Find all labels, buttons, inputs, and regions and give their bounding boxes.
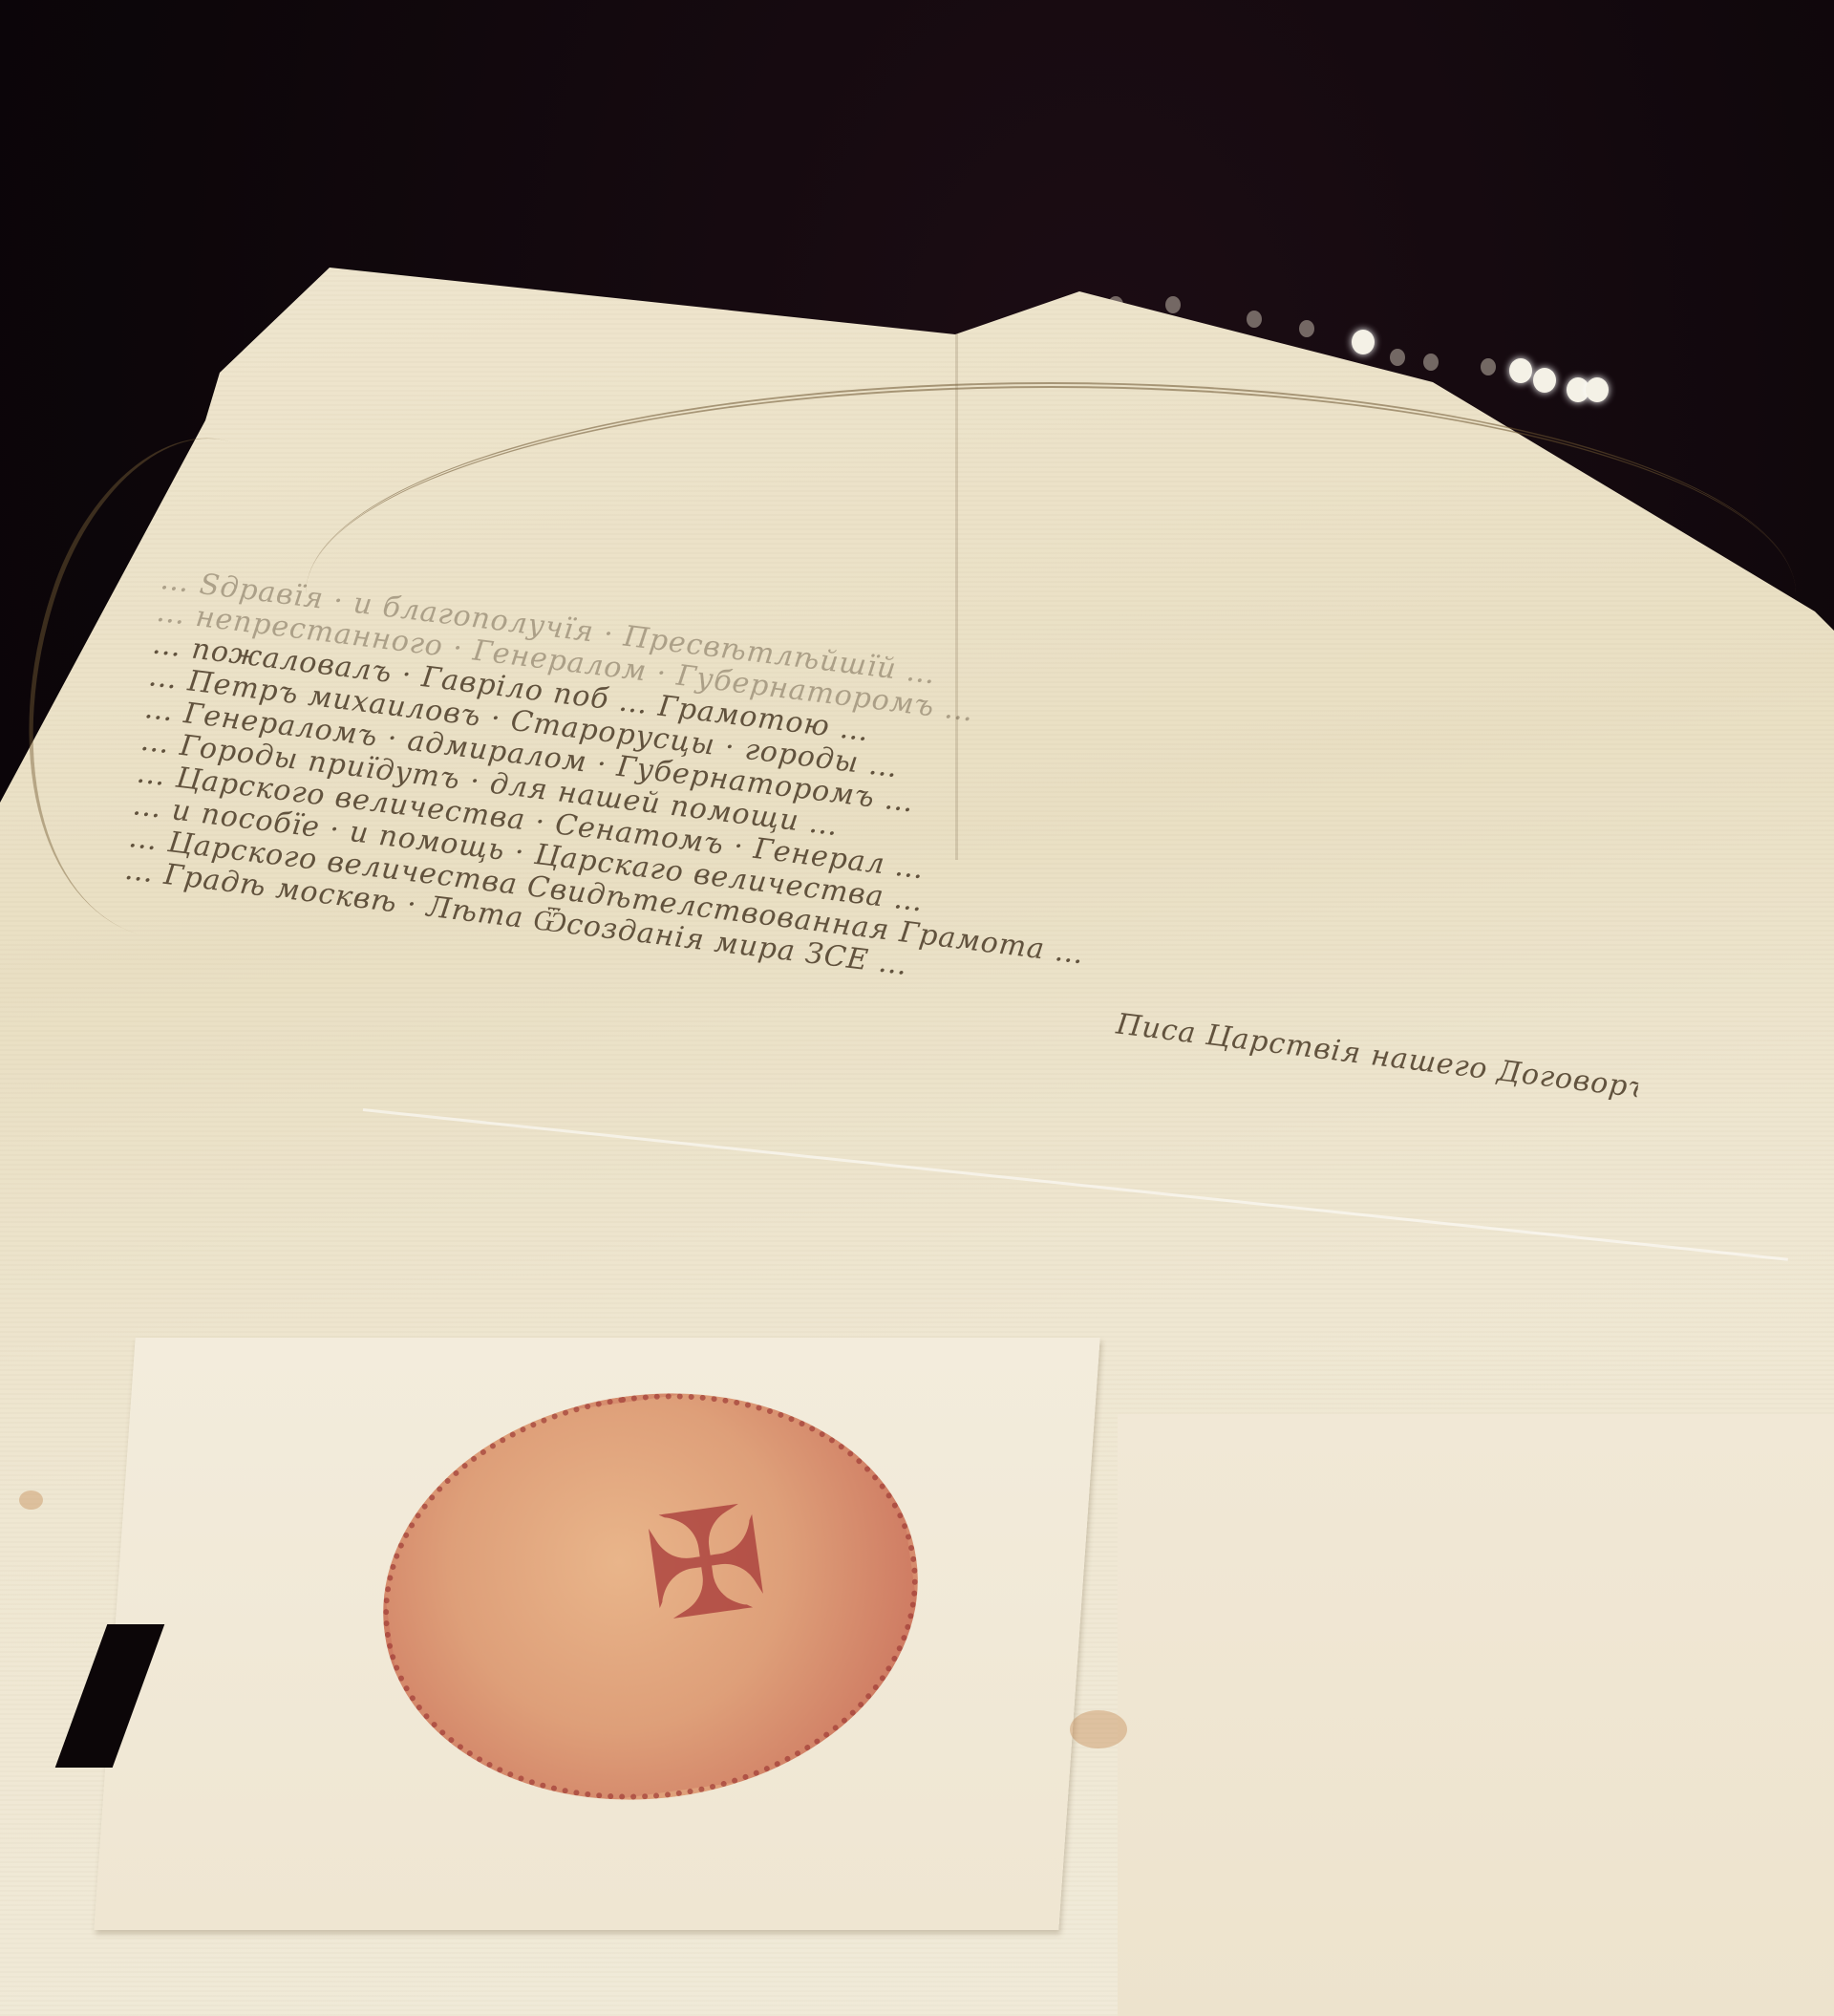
chain-bead-highlight: [1509, 358, 1532, 383]
double-headed-eagle-icon: ✠: [609, 1468, 803, 1662]
chain-bead: [1481, 358, 1496, 375]
paper-stain: [1070, 1710, 1127, 1748]
photo-scene: … Ѕдравїя · и благополучїя · Пресвѣтлѣйш…: [0, 0, 1834, 2016]
chain-bead-highlight: [1352, 330, 1375, 354]
chain-bead: [1390, 349, 1405, 366]
chain-bead: [1423, 354, 1439, 371]
paper-stain: [19, 1491, 43, 1510]
chain-bead: [1299, 320, 1314, 337]
chain-bead-highlight: [1533, 368, 1556, 393]
paper-fold-panel: [1118, 1414, 1834, 2016]
chain-bead: [1247, 311, 1262, 328]
fold-crease: [363, 1108, 1788, 1261]
chain-bead: [1165, 296, 1181, 313]
chain-bead-highlight: [1586, 377, 1609, 402]
